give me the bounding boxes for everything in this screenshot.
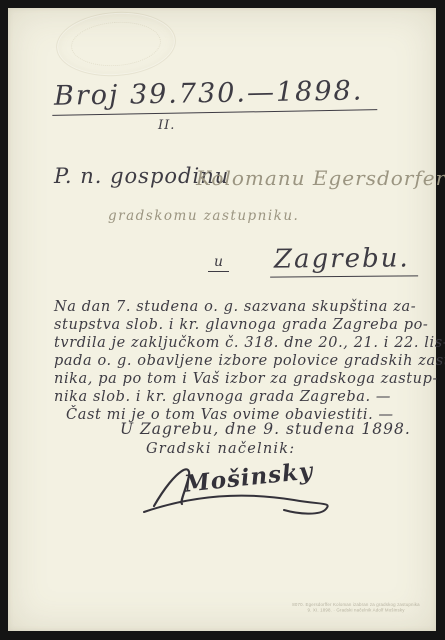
addressee-name: Kolomanu Egersdorfer-u, xyxy=(196,166,445,190)
document-number: Broj 39.730.—1898. xyxy=(52,75,378,116)
body-line: stupstva slob. i kr. glavnoga grada Zagr… xyxy=(54,316,424,334)
catalog-caption: 8070. Egersdorffer Koloman izabran za gr… xyxy=(293,602,420,613)
embossed-seal-inner-ring xyxy=(70,19,163,69)
place-preposition: u xyxy=(208,254,229,272)
embossed-seal xyxy=(54,8,178,80)
body-line: Na dan 7. studena o. g. sazvana skupštin… xyxy=(54,298,424,316)
caption-line-2: 9. XI. 1898. · Gradski načelnik Adolf Mo… xyxy=(293,608,420,614)
body-line: pada o. g. obavljene izbore polovice gra… xyxy=(54,352,424,370)
addressee-title: gradskomu zastupniku. xyxy=(108,208,299,224)
body-line: tvrdila je zaključkom č. 318. dne 20., 2… xyxy=(54,334,424,352)
letter-paper: Broj 39.730.—1898. II. P. n. gospodinu K… xyxy=(8,8,436,631)
letter-body: Na dan 7. studena o. g. sazvana skupštin… xyxy=(54,298,424,424)
place-city: Zagrebu. xyxy=(270,243,418,277)
body-line: nika slob. i kr. glavnoga grada Zagreba.… xyxy=(54,388,424,406)
signature-block: Mošinsky xyxy=(136,454,346,520)
section-numeral: II. xyxy=(158,118,175,133)
body-line: nika, pa po tom i Vaš izbor za gradskoga… xyxy=(54,370,424,388)
dateline: U Zagrebu, dne 9. studena 1898. xyxy=(120,420,411,438)
photo-frame: Broj 39.730.—1898. II. P. n. gospodinu K… xyxy=(0,0,445,640)
